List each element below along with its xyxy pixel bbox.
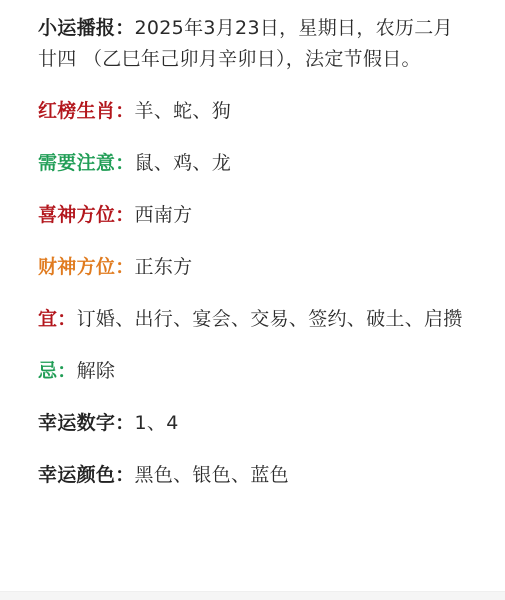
daily-report-paragraph: 小运播报：2025年3月23日，星期日，农历二月廿四 （乙巳年己卯月辛卯日），法… bbox=[38, 13, 470, 75]
lucky-zodiac-value: 羊、蛇、狗 bbox=[135, 100, 232, 122]
daily-fortune-article: 小运播报：2025年3月23日，星期日，农历二月廿四 （乙巳年己卯月辛卯日），法… bbox=[38, 13, 470, 512]
auspicious-activities-paragraph: 宜：订婚、出行、宴会、交易、签约、破土、启攒 bbox=[38, 304, 470, 335]
wealth-god-direction-paragraph: 财神方位：正东方 bbox=[38, 252, 470, 283]
lucky-colors-label: 幸运颜色： bbox=[38, 464, 135, 486]
lucky-zodiac-label: 红榜生肖： bbox=[38, 100, 135, 122]
bottom-divider-band bbox=[0, 591, 505, 600]
joy-god-direction-paragraph: 喜神方位：西南方 bbox=[38, 200, 470, 231]
lucky-zodiac-paragraph: 红榜生肖：羊、蛇、狗 bbox=[38, 96, 470, 127]
lucky-numbers-value: 1、4 bbox=[135, 412, 179, 434]
lucky-numbers-label: 幸运数字： bbox=[38, 412, 135, 434]
lucky-colors-value: 黑色、银色、蓝色 bbox=[135, 464, 289, 486]
lucky-numbers-paragraph: 幸运数字：1、4 bbox=[38, 408, 470, 439]
caution-zodiac-paragraph: 需要注意：鼠、鸡、龙 bbox=[38, 148, 470, 179]
caution-zodiac-value: 鼠、鸡、龙 bbox=[135, 152, 232, 174]
inauspicious-activities-value: 解除 bbox=[77, 360, 116, 382]
lucky-colors-paragraph: 幸运颜色：黑色、银色、蓝色 bbox=[38, 460, 470, 491]
daily-report-label: 小运播报： bbox=[38, 17, 135, 39]
inauspicious-activities-label: 忌： bbox=[38, 360, 77, 382]
wealth-god-direction-label: 财神方位： bbox=[38, 256, 135, 278]
caution-zodiac-label: 需要注意： bbox=[38, 152, 135, 174]
joy-god-direction-label: 喜神方位： bbox=[38, 204, 135, 226]
wealth-god-direction-value: 正东方 bbox=[135, 256, 193, 278]
joy-god-direction-value: 西南方 bbox=[135, 204, 193, 226]
inauspicious-activities-paragraph: 忌：解除 bbox=[38, 356, 470, 387]
auspicious-activities-value: 订婚、出行、宴会、交易、签约、破土、启攒 bbox=[77, 308, 463, 330]
auspicious-activities-label: 宜： bbox=[38, 308, 77, 330]
